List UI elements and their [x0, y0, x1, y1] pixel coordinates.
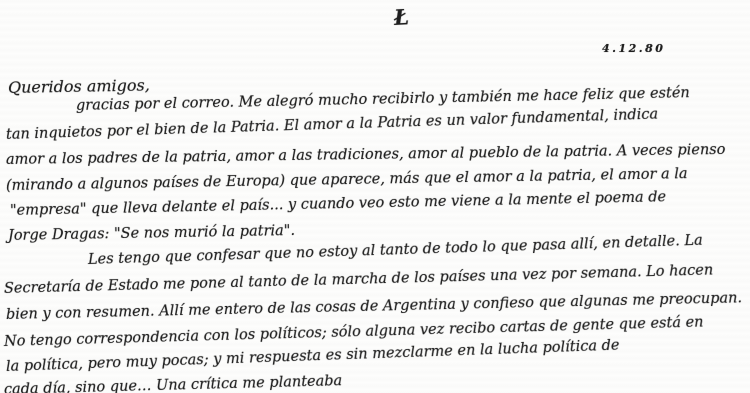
letter-line: "empresa" que lleva delante el país... y… [10, 189, 666, 219]
letter-line: amor a los padres de la patria, amor a l… [6, 142, 726, 168]
letter-line: cada día, sino que… Una crítica me plant… [4, 373, 343, 393]
letter-line: Secretaría de Estado me pone al tanto de… [4, 262, 714, 297]
letter-date: 4.12.80 [602, 42, 665, 55]
letter-line: Jorge Dragas: "Se nos murió la patria". [8, 223, 295, 244]
letter-line: (mirando a algunos países de Europa) que… [6, 166, 688, 194]
letter-scan: Ł 4.12.80 Queridos amigos, gracias por e… [0, 0, 750, 393]
page-mark: Ł [393, 4, 409, 30]
salutation: Queridos amigos, [8, 76, 150, 97]
